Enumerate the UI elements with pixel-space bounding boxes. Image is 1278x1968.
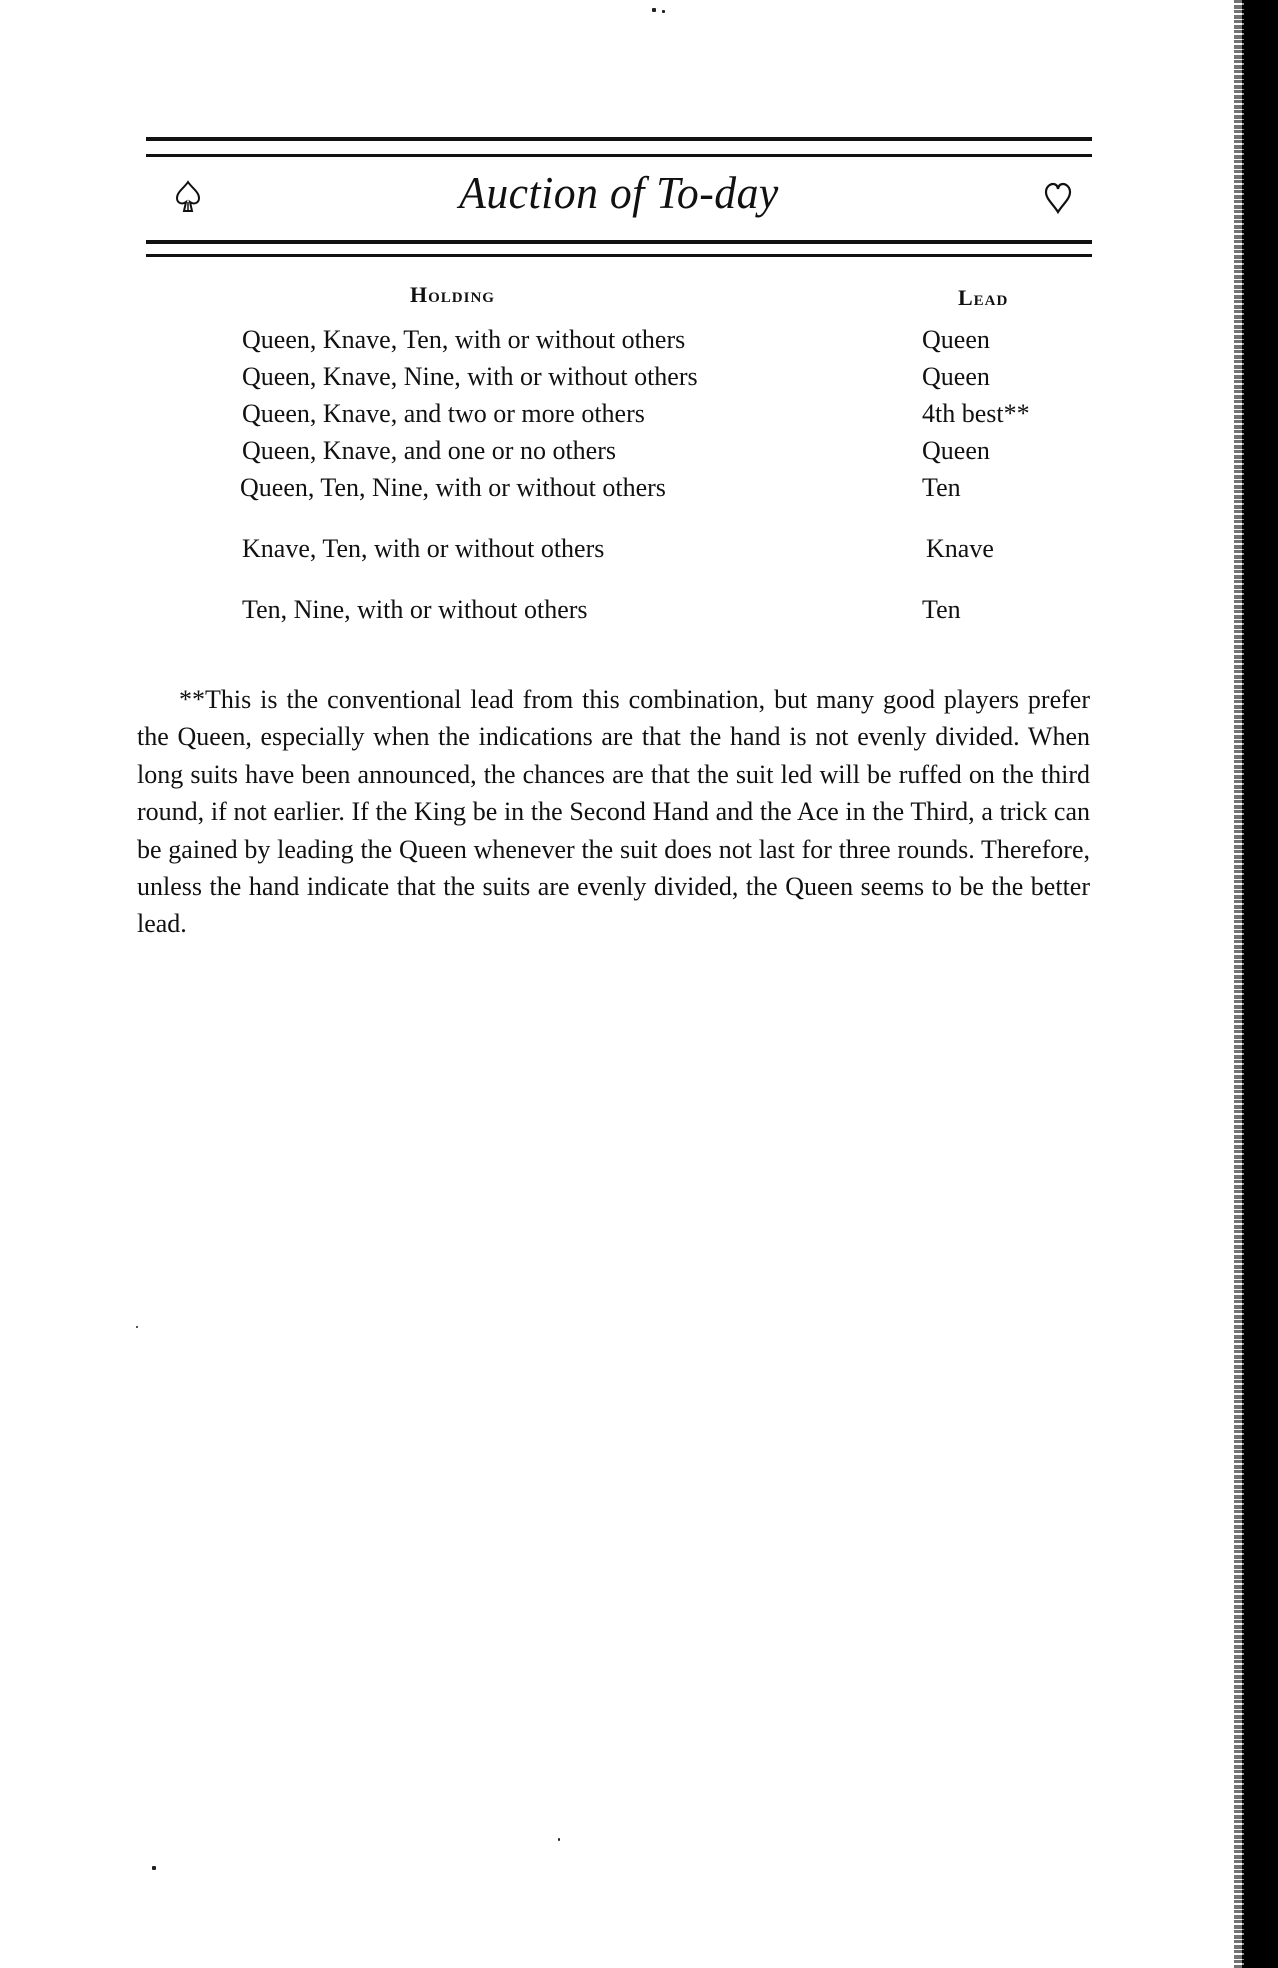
- scan-speck: [558, 1838, 560, 1841]
- book-page: Auction of To-day Holding Lead Queen, Kn…: [0, 0, 1278, 1968]
- heart-outline-icon: [1044, 182, 1072, 216]
- table-row: Queen, Ten, Nine, with or without others…: [0, 470, 1278, 506]
- scan-speck: [136, 1326, 138, 1328]
- header-top-rule-2: [146, 154, 1092, 157]
- lead-cell: Queen: [922, 359, 990, 395]
- holding-cell: Queen, Knave, and one or no others: [242, 433, 616, 469]
- header-bottom-rule-2: [146, 254, 1092, 257]
- scanned-page-edge: [1242, 0, 1278, 1968]
- table-row: Queen, Knave, and two or more others 4th…: [0, 396, 1278, 432]
- running-title: Auction of To-day: [170, 166, 1069, 219]
- lead-cell: Knave: [926, 531, 994, 567]
- scan-speck: [152, 1866, 156, 1870]
- lead-cell: 4th best**: [922, 396, 1030, 432]
- table-row: Queen, Knave, Nine, with or without othe…: [0, 359, 1278, 395]
- header-top-rule-1: [146, 137, 1092, 141]
- holding-cell: Queen, Knave, Nine, with or without othe…: [242, 359, 698, 395]
- scan-speck: [662, 10, 665, 13]
- holding-cell: Knave, Ten, with or without others: [242, 531, 604, 567]
- holding-cell: Queen, Ten, Nine, with or without others: [240, 470, 666, 506]
- holding-cell: Queen, Knave, and two or more others: [242, 396, 645, 432]
- column-header-lead: Lead: [958, 285, 1008, 311]
- lead-cell: Queen: [922, 322, 990, 358]
- table-row: Ten, Nine, with or without others Ten: [0, 592, 1278, 628]
- holding-cell: Ten, Nine, with or without others: [242, 592, 588, 628]
- header-bottom-rule-1: [146, 240, 1092, 244]
- lead-cell: Queen: [922, 433, 990, 469]
- column-header-holding: Holding: [410, 282, 495, 308]
- running-header: Auction of To-day: [146, 160, 1092, 238]
- table-row: Queen, Knave, and one or no others Queen: [0, 433, 1278, 469]
- footnote-paragraph: **This is the conventional lead from thi…: [137, 681, 1090, 943]
- lead-cell: Ten: [922, 470, 961, 506]
- holding-cell: Queen, Knave, Ten, with or without other…: [242, 322, 685, 358]
- table-row: Queen, Knave, Ten, with or without other…: [0, 322, 1278, 358]
- table-row: Knave, Ten, with or without others Knave: [0, 531, 1278, 567]
- lead-cell: Ten: [922, 592, 961, 628]
- scan-speck: [652, 8, 656, 12]
